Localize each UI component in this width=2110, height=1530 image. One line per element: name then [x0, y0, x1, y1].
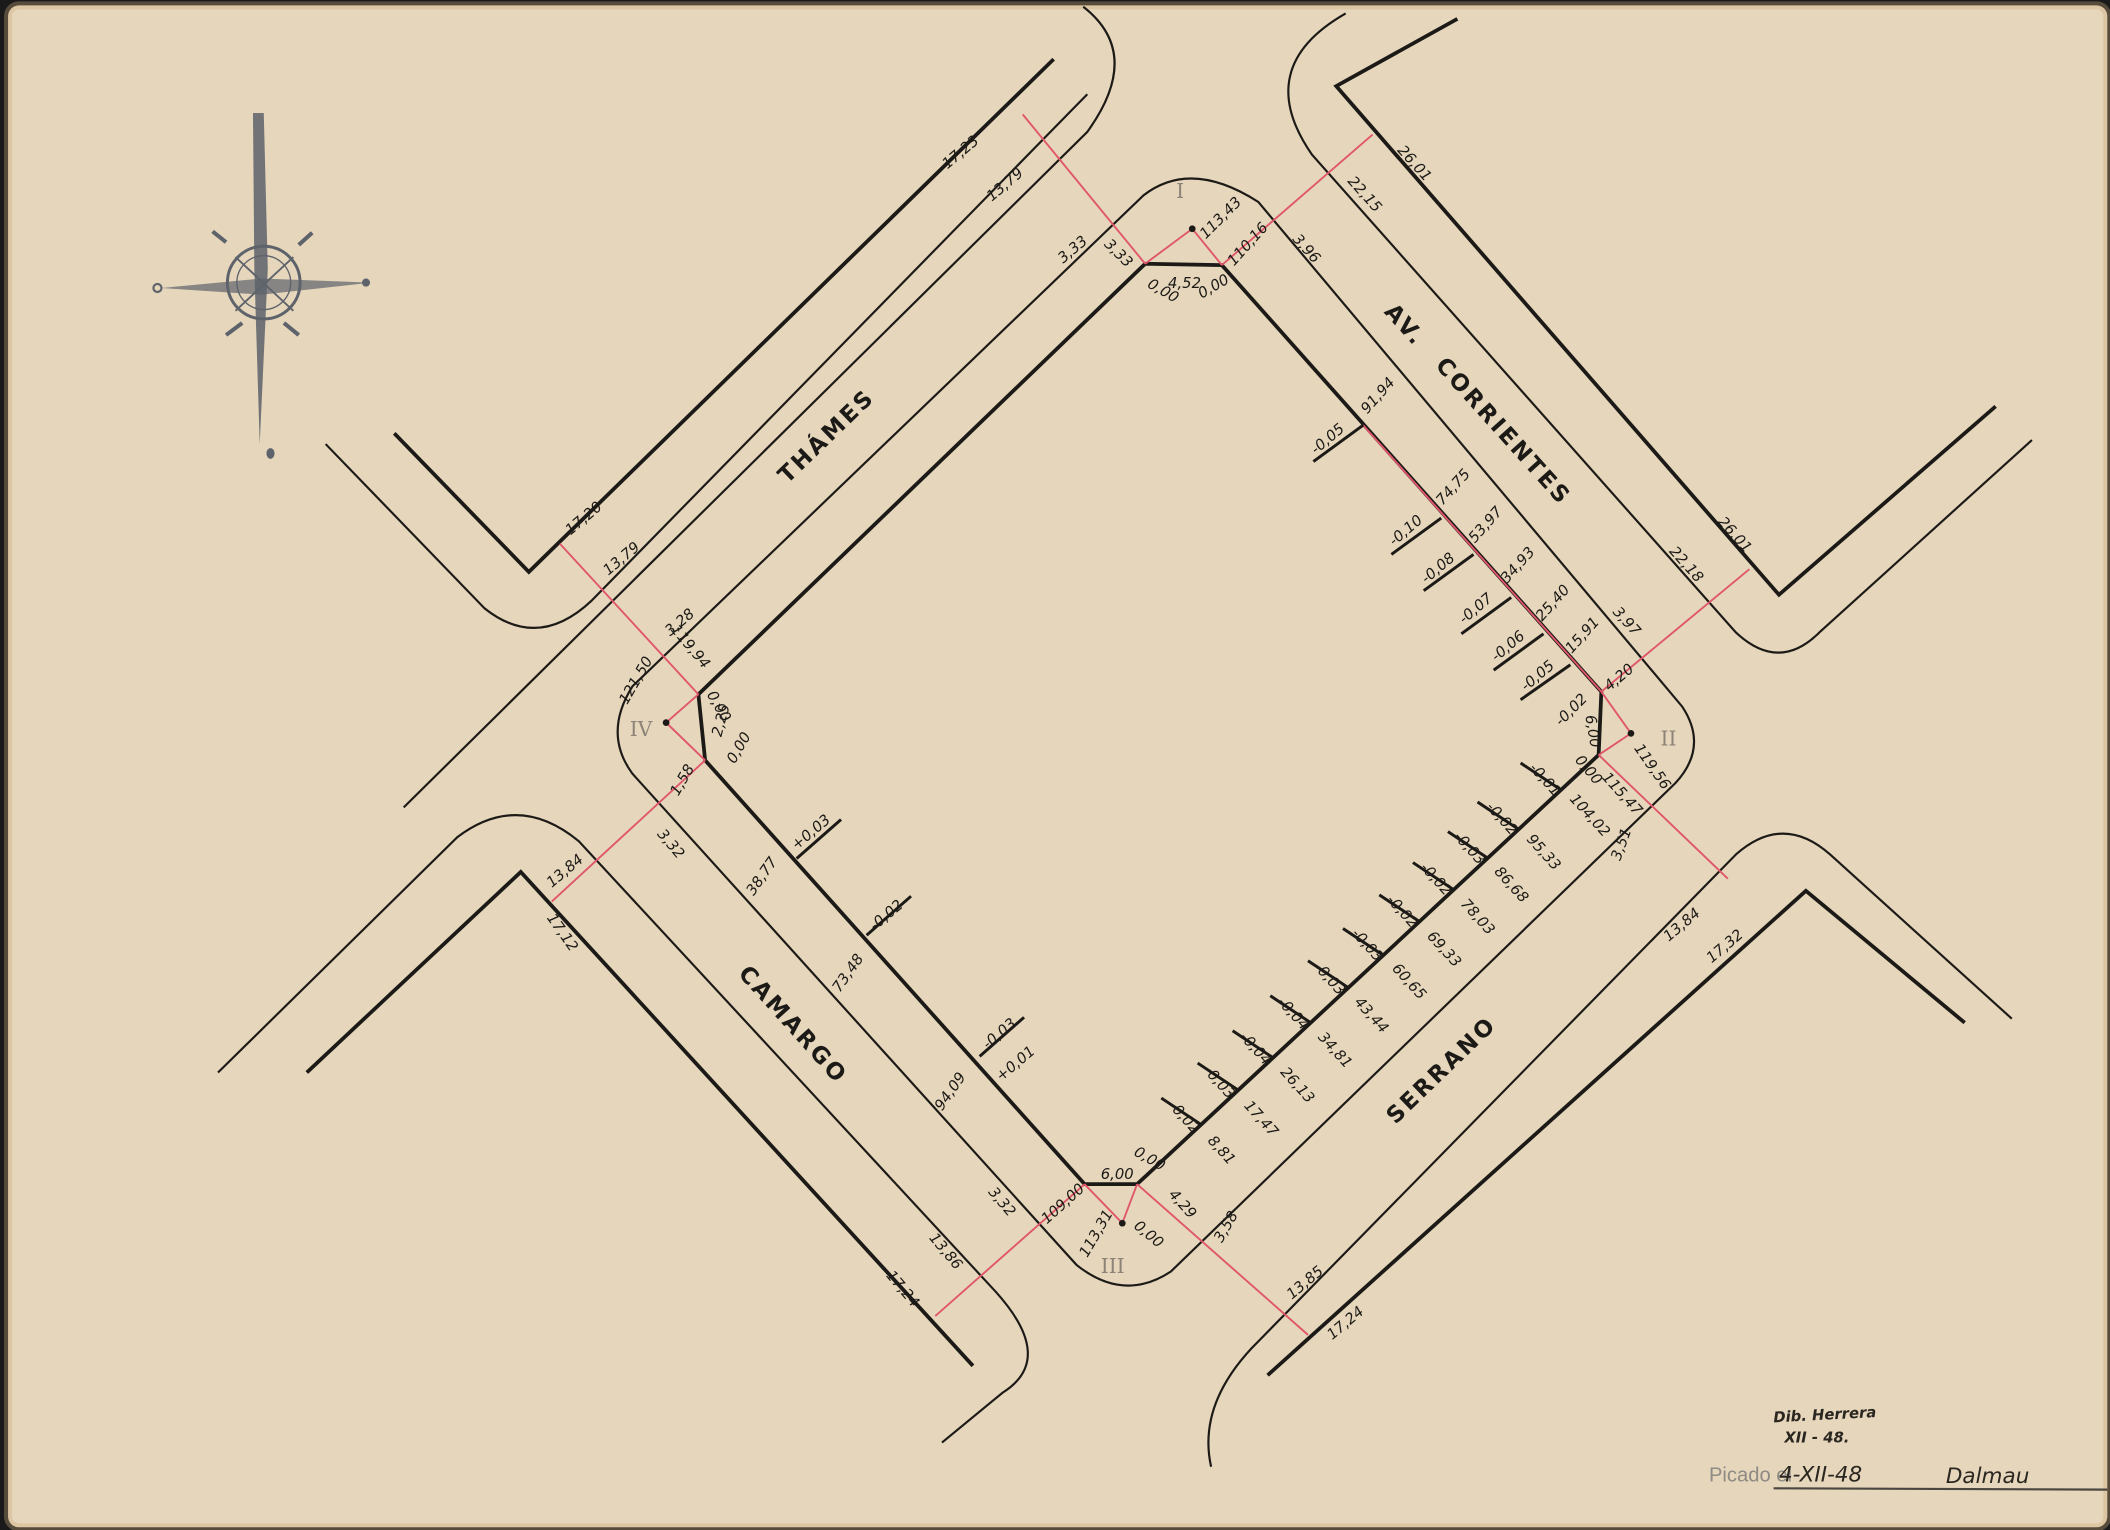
corner-point-II — [1628, 730, 1635, 737]
corner-point-IV — [663, 719, 670, 726]
corner-label-III: III — [1101, 1254, 1125, 1278]
paper-background — [8, 5, 2107, 1527]
survey-sheet: THÁMES AV. CORRIENTES CAMARGO SERRANO I … — [0, 0, 2110, 1530]
corner-label-II: II — [1661, 726, 1677, 750]
corner-point-I — [1189, 225, 1196, 232]
survey-map: THÁMES AV. CORRIENTES CAMARGO SERRANO I … — [0, 0, 2110, 1530]
stamp-date: 4-XII-48 — [1779, 1463, 1862, 1488]
corner-label-IV: IV — [630, 717, 653, 741]
corner-label-I: I — [1176, 179, 1184, 203]
stamp-signature: Dalmau — [1946, 1464, 2030, 1489]
drawn-date: XII - 48. — [1783, 1430, 1849, 1447]
label-corner-III-chamfer: 6,00 — [1101, 1166, 1134, 1183]
corner-point-III — [1119, 1220, 1126, 1227]
